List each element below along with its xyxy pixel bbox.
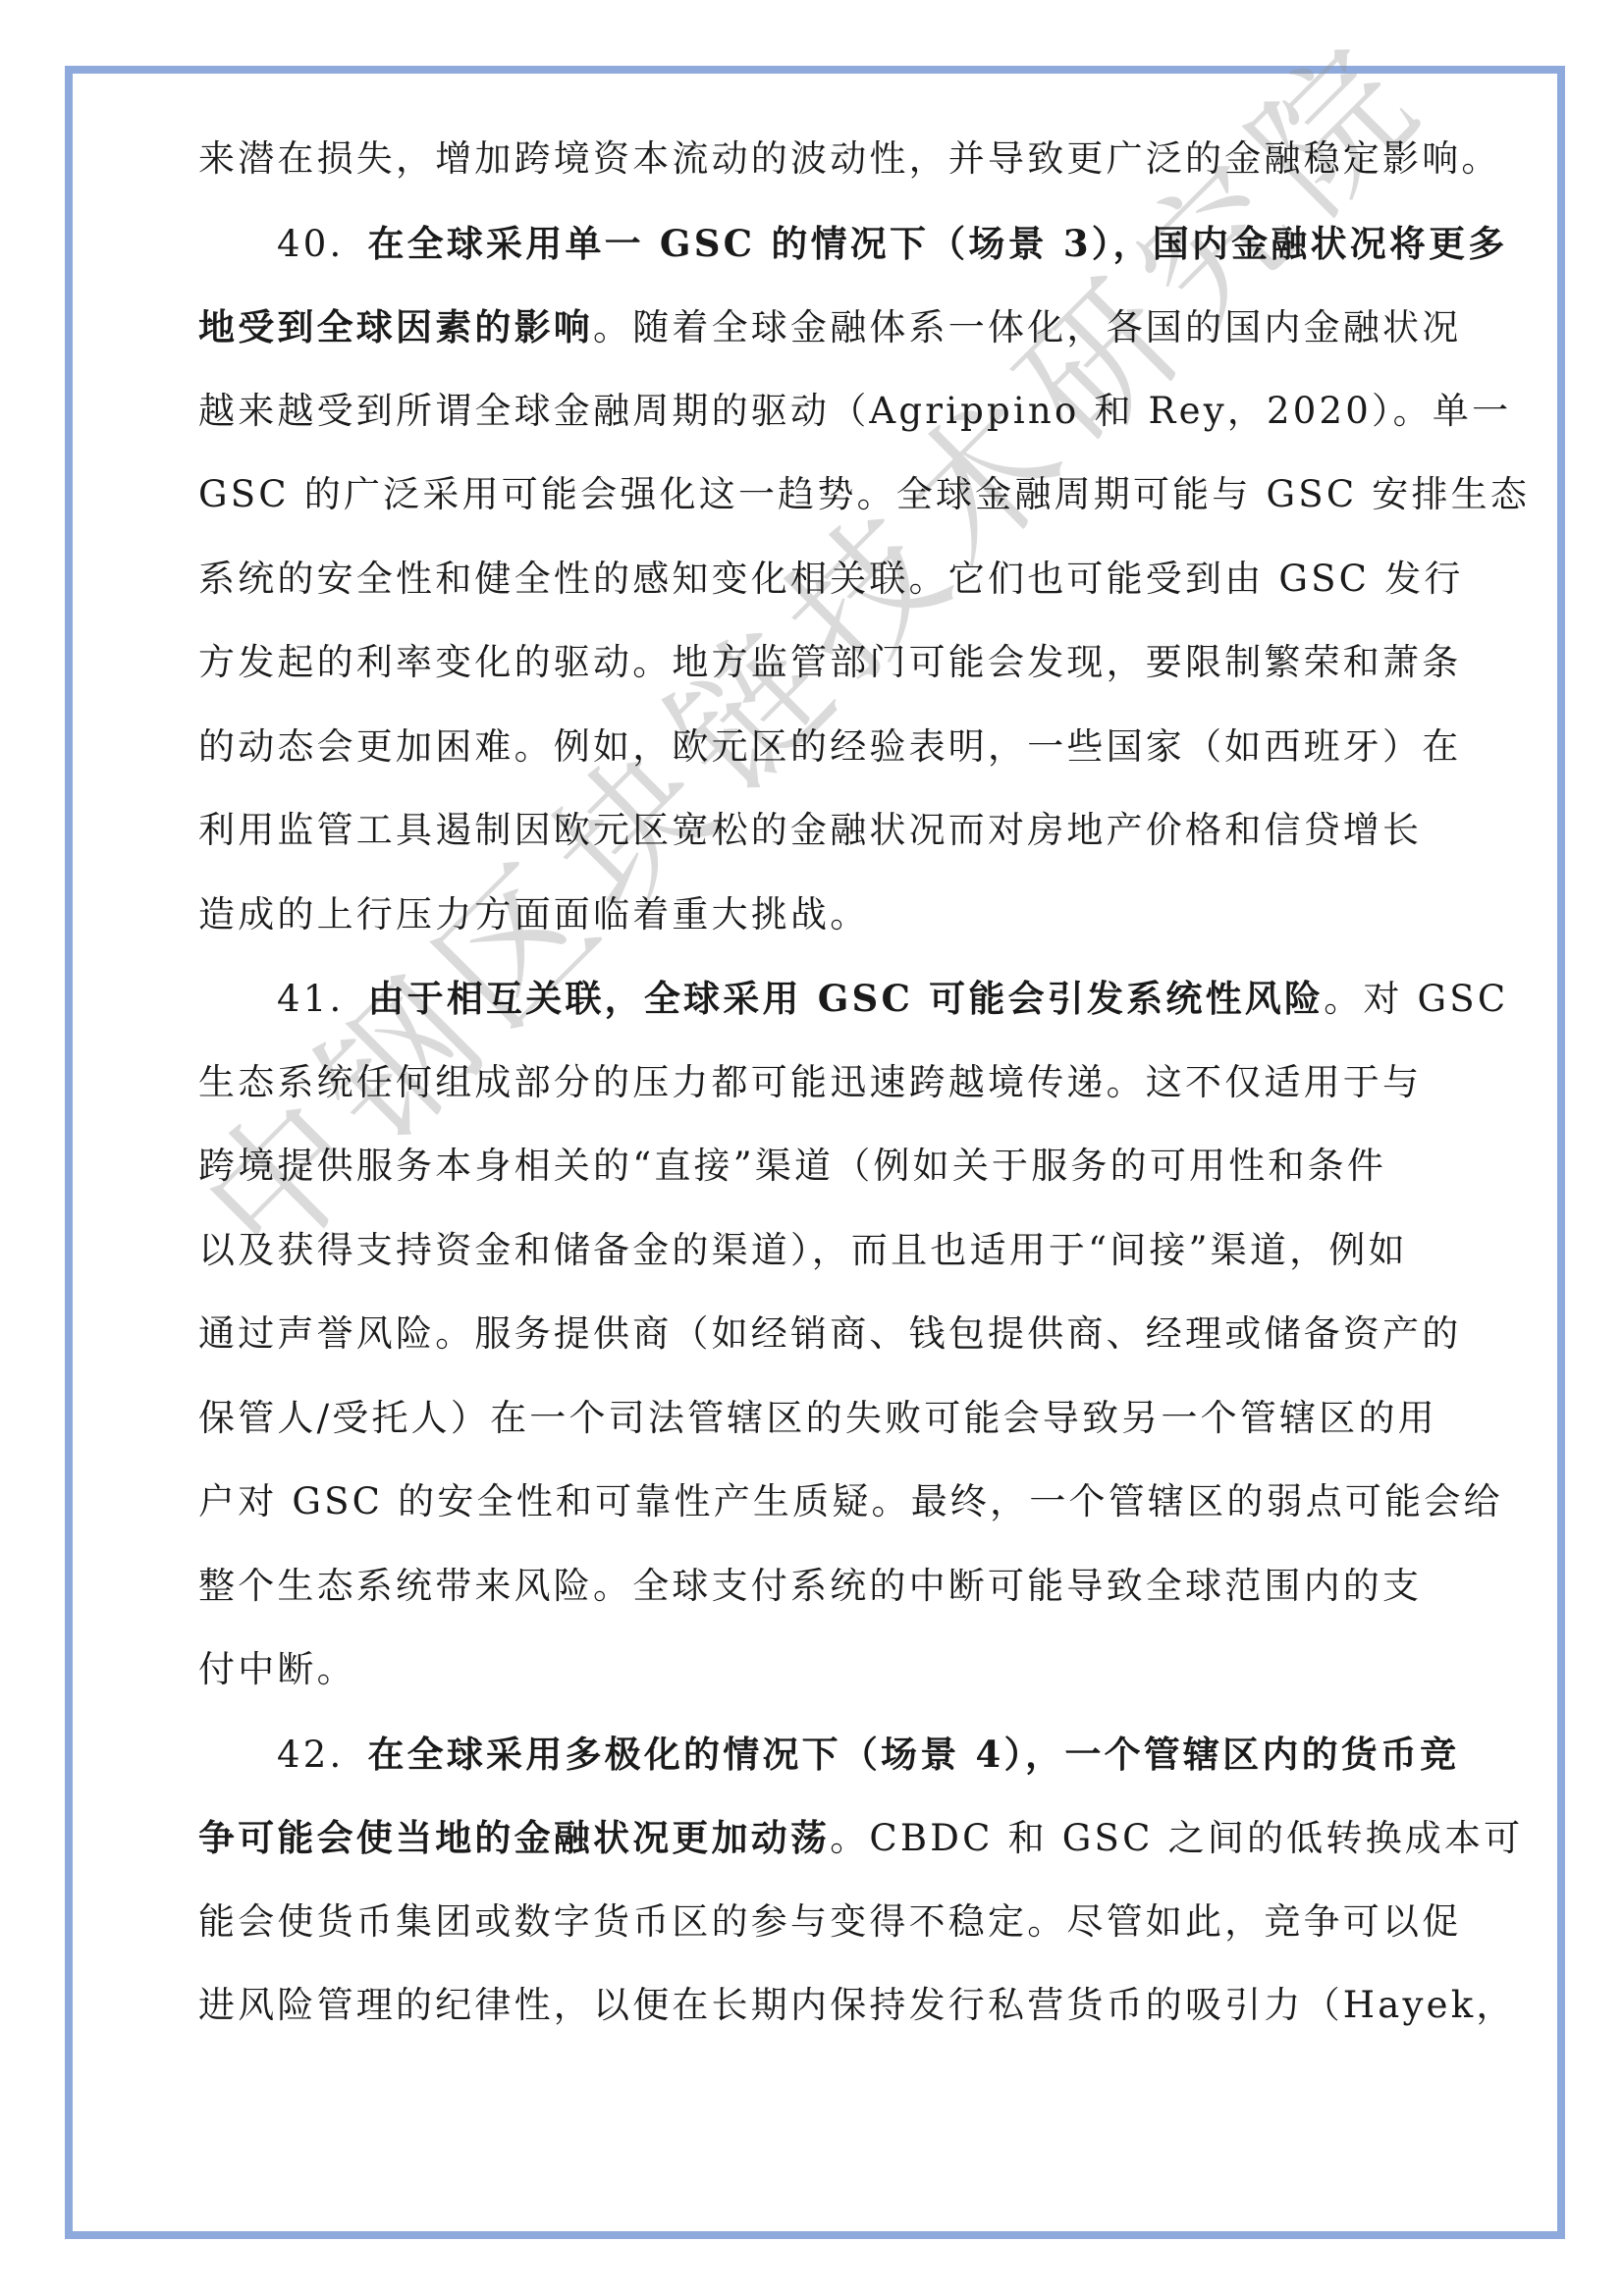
text-line: 保管人/受托人）在一个司法管辖区的失败可能会导致另一个管辖区的用	[198, 1389, 1485, 1448]
text-line: 以及获得支持资金和储备金的渠道），而且也适用于“间接”渠道，例如	[198, 1221, 1485, 1280]
paragraph-41-heading: 41.由于相互关联，全球采用 GSC 可能会引发系统性风险。对 GSC	[277, 969, 1485, 1028]
text-line: 付中断。	[198, 1640, 1485, 1699]
paragraph-42-heading: 42.在全球采用多极化的情况下（场景 4），一个管辖区内的货币竞	[277, 1725, 1485, 1784]
text-line: 跨境提供服务本身相关的“直接”渠道（例如关于服务的可用性和条件	[198, 1137, 1485, 1196]
text-line: 系统的安全性和健全性的感知变化相关联。它们也可能受到由 GSC 发行	[198, 550, 1485, 609]
text-line: 地受到全球因素的影响。随着全球金融体系一体化，各国的国内金融状况	[198, 297, 1485, 356]
text-line: 进风险管理的纪律性，以便在长期内保持发行私营货币的吸引力（Hayek，	[198, 1976, 1485, 2035]
paragraph-number: 40.	[277, 223, 344, 265]
text-line: 造成的上行压力方面面临着重大挑战。	[198, 885, 1485, 944]
paragraph-40-heading: 40.在全球采用单一 GSC 的情况下（场景 3），国内金融状况将更多	[277, 214, 1485, 273]
text-line: 能会使货币集团或数字货币区的参与变得不稳定。尽管如此，竞争可以促	[198, 1893, 1485, 1951]
text-line: 争可能会使当地的金融状况更加动荡。CBDC 和 GSC 之间的低转换成本可	[198, 1808, 1485, 1867]
text-line: 利用监管工具遏制因欧元区宽松的金融状况而对房地产价格和信贷增长	[198, 801, 1485, 860]
text-line: 方发起的利率变化的驱动。地方监管部门可能会发现，要限制繁荣和萧条	[198, 633, 1485, 692]
paragraph-number: 42.	[277, 1734, 344, 1776]
text-line: 越来越受到所谓全球金融周期的驱动（Agrippino 和 Rey，2020）。单…	[198, 382, 1485, 441]
text-line: 整个生态系统带来风险。全球支付系统的中断可能导致全球范围内的支	[198, 1557, 1485, 1616]
text-line: 的动态会更加困难。例如，欧元区的经验表明，一些国家（如西班牙）在	[198, 718, 1485, 776]
text-line: GSC 的广泛采用可能会强化这一趋势。全球金融周期可能与 GSC 安排生态	[198, 465, 1485, 524]
text-line: 来潜在损失，增加跨境资本流动的波动性，并导致更广泛的金融稳定影响。	[198, 130, 1485, 188]
paragraph-number: 41.	[277, 978, 344, 1020]
text-line: 户对 GSC 的安全性和可靠性产生质疑。最终，一个管辖区的弱点可能会给	[198, 1472, 1485, 1531]
text-line: 通过声誉风险。服务提供商（如经销商、钱包提供商、经理或储备资产的	[198, 1305, 1485, 1363]
text-line: 生态系统任何组成部分的压力都可能迅速跨越境传递。这不仅适用于与	[198, 1053, 1485, 1112]
